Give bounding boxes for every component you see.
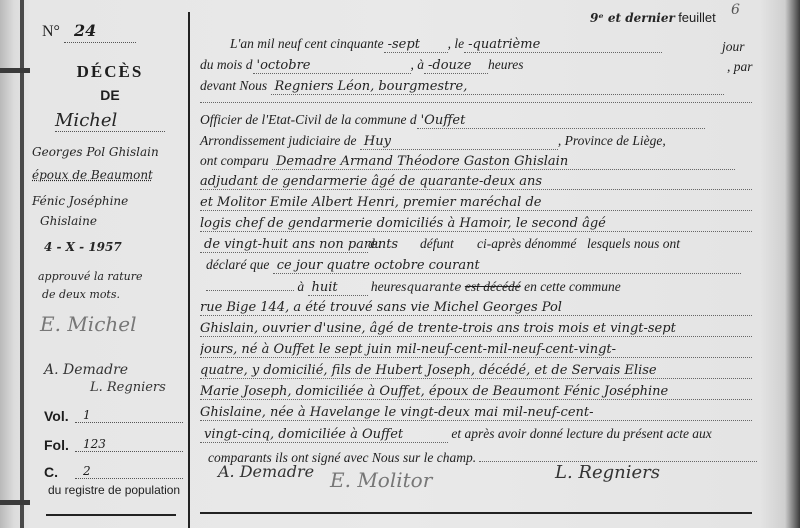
sheet-label: feuillet [678, 10, 716, 25]
struck-text: est décédé [465, 279, 521, 294]
blank-dotted-line [200, 96, 752, 103]
sheet-value: 9ᵉ et dernier [590, 11, 675, 25]
binding-ring [0, 68, 30, 73]
handwritten-line: et Molitor Emile Albert Henri, premier m… [200, 195, 752, 211]
binding-ring [0, 500, 30, 505]
death-hour-field: huit [308, 280, 368, 296]
folio-value: 123 [75, 437, 183, 452]
margin-note-line: approuvé la rature [38, 270, 143, 283]
volume-value: 1 [75, 408, 183, 423]
day-field: -quatrième [464, 37, 662, 53]
register-footer: du registre de population [48, 483, 180, 497]
spouse-residence-field: vingt-cinq, domiciliée à Ouffet [200, 427, 448, 443]
month-field: 'octobre [253, 58, 411, 74]
printed-text: du [368, 236, 382, 251]
form-line-2: du mois d'octobre, à-douzeheures [200, 57, 524, 74]
record-number-value: 24 [64, 24, 136, 43]
printed-text: heures [371, 279, 407, 294]
bottom-rule [200, 512, 752, 514]
arrondissement-field: Huy [360, 134, 558, 150]
printed-text: lesquels nous ont [587, 236, 680, 252]
handwritten-line: Ghislain, ouvrier d'usine, âgé de trente… [200, 321, 752, 337]
printed-text: ci-après dénommé [477, 236, 576, 252]
register-rule [46, 514, 176, 516]
printed-text: déclaré que [206, 257, 269, 272]
form-line-12: à huit heuresquarante est décédé en cett… [206, 279, 621, 296]
commune-field: 'Ouffet [417, 113, 705, 129]
printed-text: jour [722, 39, 745, 55]
record-number-label: N° [42, 23, 60, 41]
printed-text: Officier de l'Etat-Civil de la commune d [200, 112, 417, 127]
signature-declarant: A. Demadre [218, 462, 314, 481]
printed-text: défunt [420, 236, 454, 252]
margin-note-line: Georges Pol Ghislain [32, 145, 159, 159]
handwritten-line: rue Bige 144, a été trouvé sans vie Mich… [200, 300, 752, 316]
printed-text: , le [448, 36, 465, 51]
margin-signature-witness: A. Demadre [44, 362, 128, 378]
column-divider [188, 12, 190, 528]
margin-surname: Michel [55, 110, 165, 132]
corner-page-mark: 6 [731, 2, 740, 18]
handwritten-line: logis chef de gendarmerie domiciliés à H… [200, 216, 752, 232]
blank-field [206, 290, 294, 291]
margin-note-line: Ghislaine [40, 214, 97, 228]
signature-witness: E. Molitor [330, 468, 432, 492]
handwritten-line: quatre, y domicilié, fils de Hubert Jose… [200, 363, 752, 379]
record-title-de: DE [40, 87, 180, 103]
page-binding [20, 0, 24, 528]
form-line-1: L'an mil neuf cent cinquante-sept, le-qu… [230, 36, 662, 53]
officer-field: Regniers Léon, bourgmestre, [271, 79, 724, 95]
handwritten-line: Marie Joseph, domiciliée à Ouffet, époux… [200, 384, 752, 400]
form-line-19: vingt-cinq, domiciliée à Ouffet et après… [200, 426, 712, 443]
printed-text: heures [488, 57, 524, 72]
margin-signature-declarant: E. Michel [40, 312, 137, 336]
printed-text: , Province de Liège, [558, 133, 666, 148]
form-line-10: de vingt-huit ans non parentsdu [200, 236, 382, 253]
printed-text: devant Nous [200, 78, 267, 93]
handwritten-line: Ghislaine, née à Havelange le vingt-deux… [200, 405, 752, 421]
death-minutes-field: quarante [406, 280, 461, 294]
record-title: DÉCÈS [40, 62, 180, 82]
printed-text: et après avoir donné lecture du présent … [451, 426, 711, 441]
form-line-6: ont comparu Demadre Armand Théodore Gast… [200, 153, 735, 170]
form-line-3: devant Nous Regniers Léon, bourgmestre, [200, 78, 724, 95]
volume-label: Vol. [44, 408, 69, 424]
sheet-line: 9ᵉ et dernier feuillet [590, 10, 716, 26]
margin-signature-officer: L. Regniers [90, 380, 166, 395]
blank-field [479, 449, 757, 462]
margin-note-line: époux de Beaumont [32, 168, 153, 182]
civil-register-page: 6 N° 24 DÉCÈS DE Michel Georges Pol Ghis… [0, 0, 800, 528]
relation-field: de vingt-huit ans non parents [200, 237, 368, 253]
printed-text: Arrondissement judiciaire de [200, 133, 356, 148]
margin-note-line: Fénic Joséphine [32, 194, 128, 208]
form-line-11: déclaré que ce jour quatre octobre coura… [206, 257, 741, 274]
printed-text: en cette commune [524, 279, 621, 294]
margin-note-line: de deux mots. [42, 288, 120, 301]
folio-label: Fol. [44, 437, 69, 453]
handwritten-line: jours, né à Ouffet le sept juin mil-neuf… [200, 342, 752, 358]
declarants-field: Demadre Armand Théodore Gaston Ghislain [272, 154, 735, 170]
form-line-5: Arrondissement judiciaire de Huy, Provin… [200, 133, 666, 150]
death-date-field: ce jour quatre octobre courant [273, 258, 741, 274]
hour-field: -douze [424, 58, 488, 74]
printed-text: du mois d [200, 57, 253, 72]
printed-text: L'an mil neuf cent cinquante [230, 36, 384, 51]
signature-officer: L. Regniers [555, 462, 660, 483]
printed-text: ont comparu [200, 153, 269, 168]
year-field: -sept [384, 37, 448, 53]
c-value: 2 [75, 464, 183, 479]
printed-text: , à [411, 57, 425, 72]
form-line-4: Officier de l'Etat-Civil de la commune d… [200, 112, 705, 129]
death-date-note: 4 - X - 1957 [44, 240, 122, 254]
c-label: C. [44, 464, 58, 480]
handwritten-line: adjudant de gendarmerie âgé de quarante-… [200, 174, 752, 190]
printed-text: à [297, 279, 304, 294]
printed-text: , par [727, 59, 753, 75]
